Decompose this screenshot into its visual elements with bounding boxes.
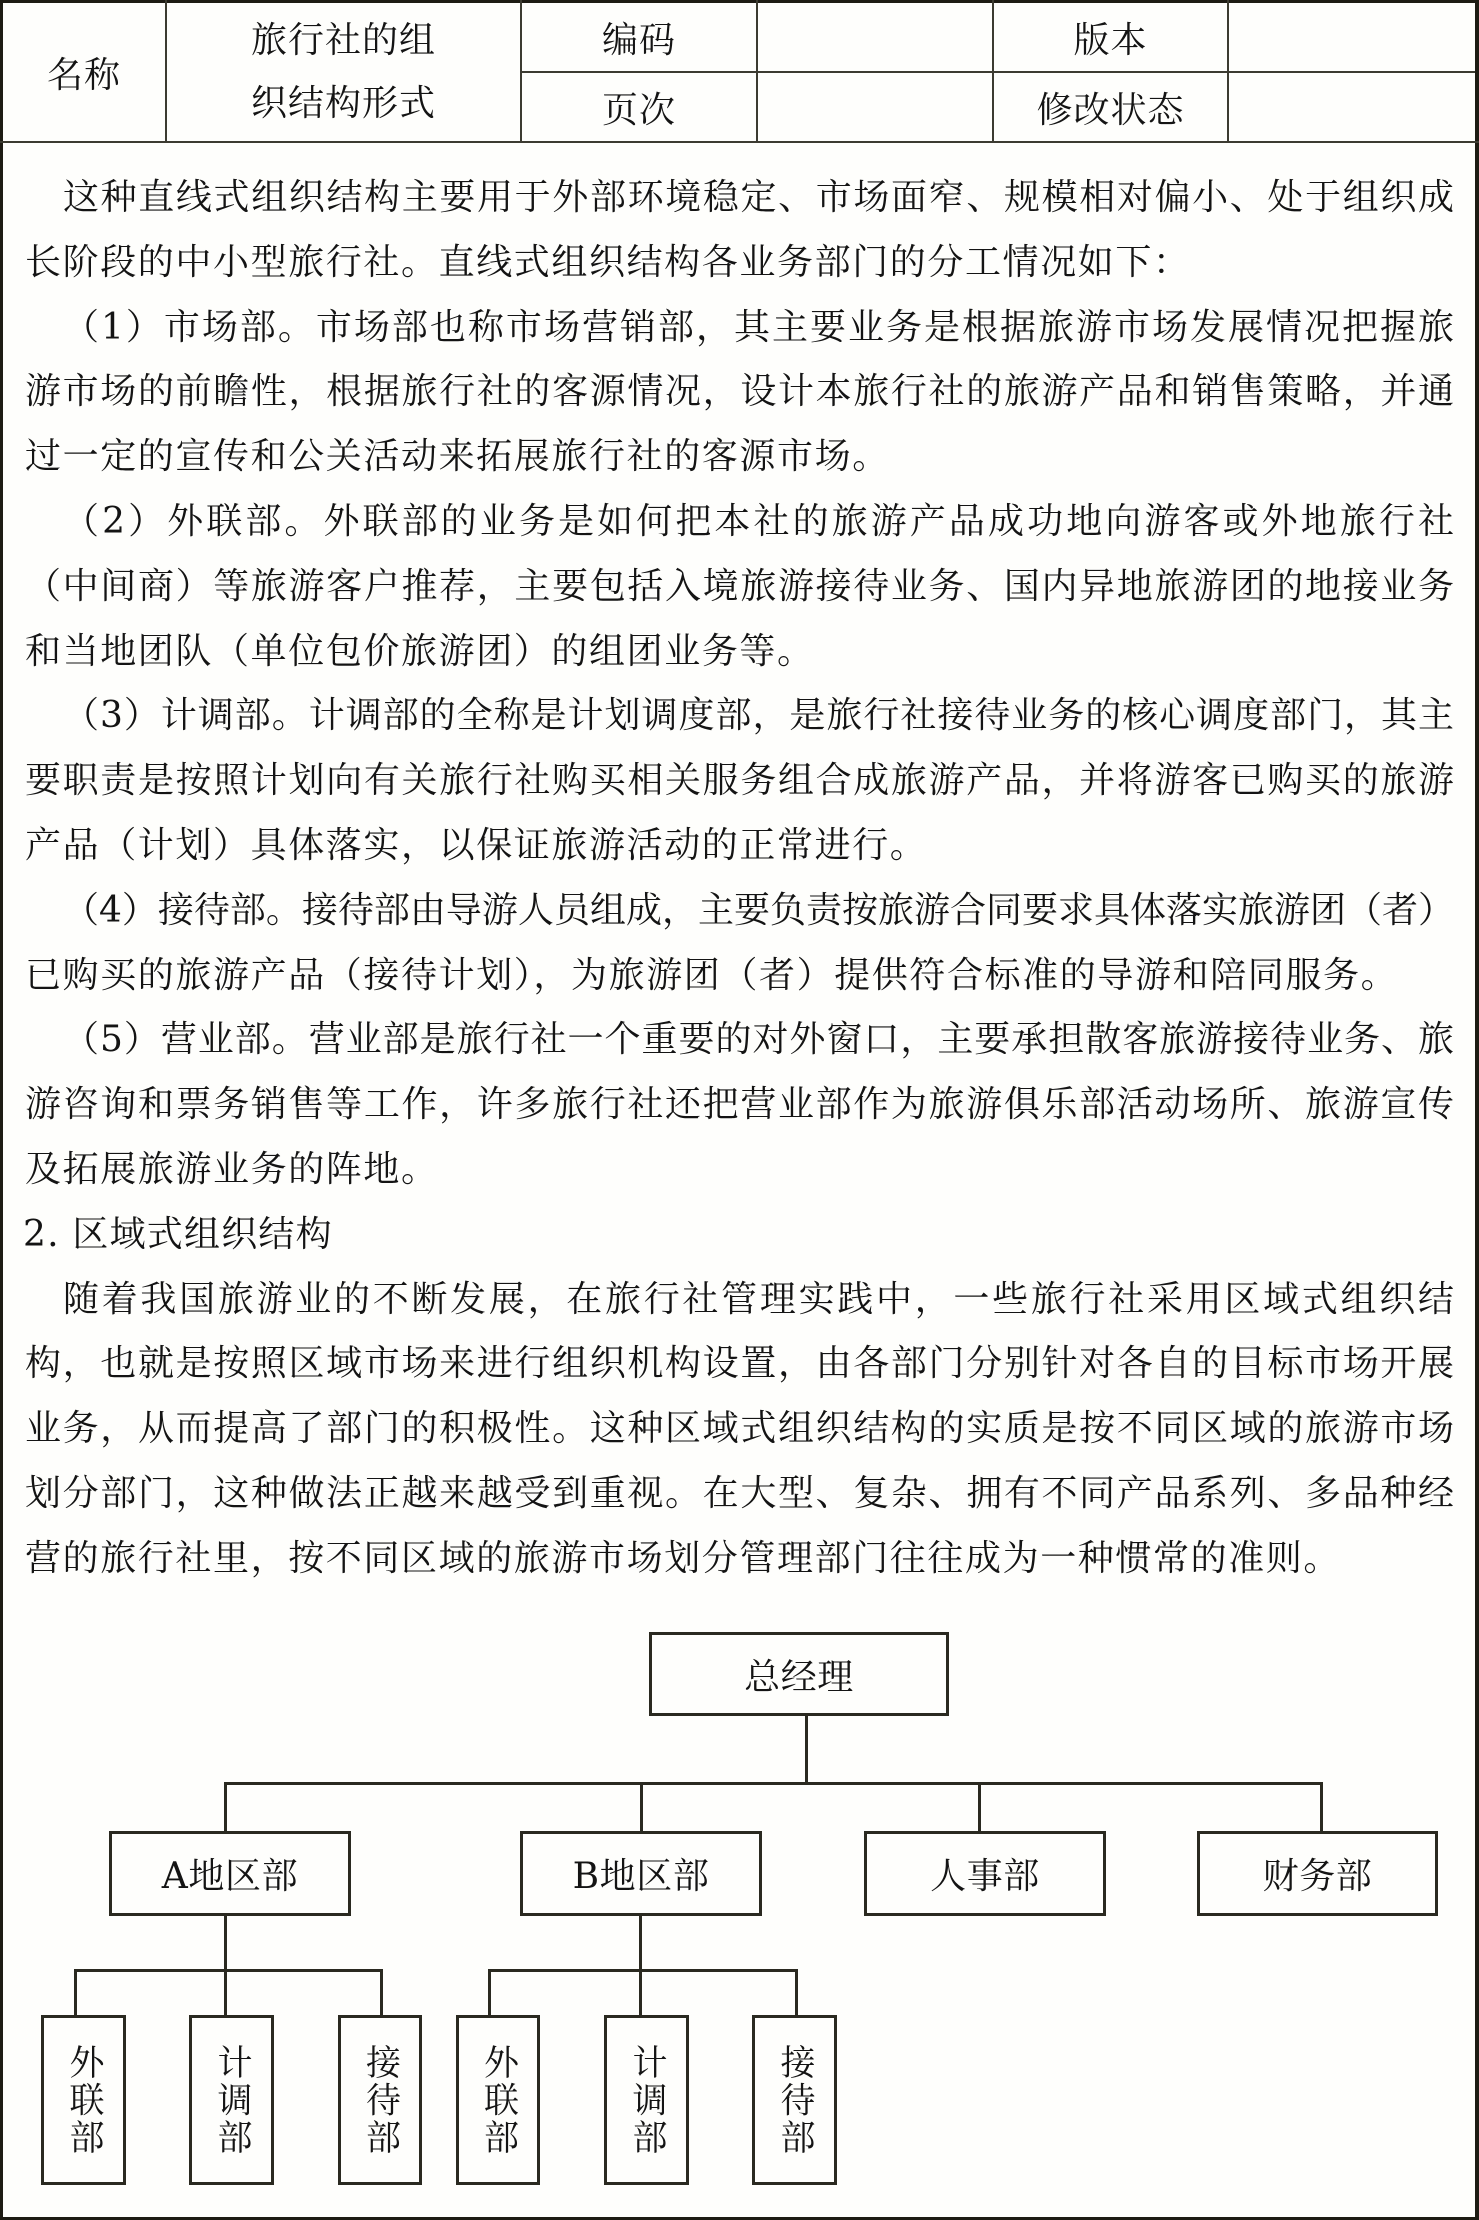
revision-label-cell: 修改状态 — [994, 73, 1227, 141]
org-node-region-a: A地区部 — [109, 1831, 351, 1916]
page-label: 页次 — [602, 82, 676, 133]
org-node-label: 接待部 — [777, 2044, 812, 2157]
connector-line — [805, 1716, 808, 1784]
code-label-cell: 编码 — [522, 3, 756, 71]
paragraph-reception-dept: （4）接待部。接待部由导游人员组成，主要负责按旅游合同要求具体落实旅游团（者） … — [25, 879, 1454, 1009]
text-line: 已购买的旅游产品（接待计划），为旅游团（者）提供符合标准的导游和陪同服务。 — [25, 944, 1454, 1009]
org-node-hr: 人事部 — [864, 1831, 1106, 1916]
text-line: 产品（计划）具体落实，以保证旅游活动的正常进行。 — [25, 814, 1454, 879]
org-node-finance: 财务部 — [1197, 1831, 1438, 1916]
version-value-cell — [1229, 3, 1475, 71]
text-line: 随着我国旅游业的不断发展，在旅行社管理实践中，一些旅行社采用区域式组织结 — [25, 1268, 1454, 1333]
org-node-a-liaison: 外联部 — [41, 2015, 126, 2185]
org-node-b-reception: 接待部 — [752, 2015, 837, 2185]
name-label-cell: 名称 — [3, 3, 165, 141]
org-node-label: 接待部 — [363, 2044, 398, 2157]
connector-line — [488, 1969, 798, 1972]
text-line: 过一定的宣传和公关活动来拓展旅行社的客源市场。 — [25, 425, 1454, 490]
text-line: （4）接待部。接待部由导游人员组成，主要负责按旅游合同要求具体落实旅游团（者） — [25, 879, 1454, 944]
revision-label: 修改状态 — [1036, 82, 1184, 133]
connector-line — [978, 1782, 981, 1832]
connector-line — [74, 1969, 77, 2016]
org-node-a-planning: 计调部 — [189, 2015, 274, 2185]
page-value-cell — [758, 73, 992, 141]
text-line: （中间商）等旅游客户推荐，主要包括入境旅游接待业务、国内异地旅游团的地接业务 — [25, 555, 1454, 620]
connector-line — [640, 1782, 643, 1832]
org-node-label: 财务部 — [1263, 1848, 1373, 1899]
paragraph-marketing-dept: （1）市场部。市场部也称市场营销部，其主要业务是根据旅游市场发展情况把握旅 游市… — [25, 296, 1454, 490]
org-node-label: 外联部 — [66, 2044, 101, 2157]
text-line: 业务，从而提高了部门的积极性。这种区域式组织结构的实质是按不同区域的旅游市场 — [25, 1397, 1454, 1462]
text-line: 长阶段的中小型旅行社。直线式组织结构各业务部门的分工情况如下： — [25, 231, 1454, 296]
paragraph-regional-structure: 随着我国旅游业的不断发展，在旅行社管理实践中，一些旅行社采用区域式组织结 构，也… — [25, 1268, 1454, 1592]
version-label-cell: 版本 — [994, 3, 1227, 71]
paragraph-planning-dept: （3）计调部。计调部的全称是计划调度部，是旅行社接待业务的核心调度部门，其主 要… — [25, 684, 1454, 878]
text-line: （3）计调部。计调部的全称是计划调度部，是旅行社接待业务的核心调度部门，其主 — [25, 684, 1454, 749]
revision-value-cell — [1229, 73, 1475, 141]
page-label-cell: 页次 — [522, 73, 756, 141]
paragraph-business-dept: （5）营业部。营业部是旅行社一个重要的对外窗口，主要承担散客旅游接待业务、旅 游… — [25, 1008, 1454, 1202]
code-label: 编码 — [602, 12, 676, 63]
connector-line — [795, 1969, 798, 2016]
text-line: 和当地团队（单位包价旅游团）的组团业务等。 — [25, 620, 1454, 685]
org-node-region-b: B地区部 — [520, 1831, 762, 1916]
org-node-b-planning: 计调部 — [604, 2015, 689, 2185]
version-label: 版本 — [1073, 12, 1147, 63]
connector-line — [224, 1782, 1323, 1785]
org-node-label: A地区部 — [162, 1848, 298, 1899]
org-node-label: 人事部 — [930, 1848, 1040, 1899]
text-line: 构，也就是按照区域市场来进行组织机构设置，由各部门分别针对各自的目标市场开展 — [25, 1332, 1454, 1397]
org-node-label: 计调部 — [214, 2044, 249, 2157]
paragraph-liaison-dept: （2）外联部。外联部的业务是如何把本社的旅游产品成功地向游客或外地旅行社 （中间… — [25, 490, 1454, 684]
table-bottom-border — [0, 141, 1479, 143]
document-body: 这种直线式组织结构主要用于外部环境稳定、市场面窄、规模相对偏小、处于组织成 长阶… — [25, 166, 1454, 1592]
text-line: 这种直线式组织结构主要用于外部环境稳定、市场面窄、规模相对偏小、处于组织成 — [25, 166, 1454, 231]
connector-line — [224, 1969, 227, 2016]
text-line: 及拓展旅游业务的阵地。 — [25, 1138, 1454, 1203]
connector-line — [224, 1782, 227, 1832]
org-node-label: 总经理 — [744, 1649, 854, 1700]
connector-line — [639, 1914, 642, 1971]
name-value-line: 旅行社的组 — [251, 9, 436, 72]
org-node-b-liaison: 外联部 — [456, 2015, 540, 2185]
name-label: 名称 — [47, 47, 121, 98]
text-line: 要职责是按照计划向有关旅行社购买相关服务组合成旅游产品，并将游客已购买的旅游 — [25, 749, 1454, 814]
code-value-cell — [758, 3, 992, 71]
text-line: （5）营业部。营业部是旅行社一个重要的对外窗口，主要承担散客旅游接待业务、旅 — [25, 1008, 1454, 1073]
connector-line — [488, 1969, 491, 2016]
text-line: 营的旅行社里，按不同区域的旅游市场划分管理部门往往成为一种惯常的准则。 — [25, 1527, 1454, 1592]
connector-line — [639, 1969, 642, 2016]
org-node-label: B地区部 — [573, 1848, 710, 1899]
page-border-left — [0, 0, 3, 2220]
text-line: 游咨询和票务销售等工作，许多旅行社还把营业部作为旅游俱乐部活动场所、旅游宣传 — [25, 1073, 1454, 1138]
name-value-cell: 旅行社的组 织结构形式 — [167, 3, 520, 141]
org-node-a-reception: 接待部 — [338, 2015, 422, 2185]
text-line: 划分部门，这种做法正越来越受到重视。在大型、复杂、拥有不同产品系列、多品种经 — [25, 1462, 1454, 1527]
section-heading: 2. 区域式组织结构 — [23, 1203, 1454, 1268]
connector-line — [1320, 1782, 1323, 1832]
org-node-general-manager: 总经理 — [649, 1632, 949, 1716]
text-line: （2）外联部。外联部的业务是如何把本社的旅游产品成功地向游客或外地旅行社 — [25, 490, 1454, 555]
org-node-label: 计调部 — [629, 2044, 664, 2157]
text-line: 游市场的前瞻性，根据旅行社的客源情况，设计本旅行社的旅游产品和销售策略，并通 — [25, 360, 1454, 425]
org-node-label: 外联部 — [481, 2044, 516, 2157]
paragraph-intro: 这种直线式组织结构主要用于外部环境稳定、市场面窄、规模相对偏小、处于组织成 长阶… — [25, 166, 1454, 296]
connector-line — [74, 1969, 383, 1972]
connector-line — [224, 1914, 227, 1971]
connector-line — [380, 1969, 383, 2016]
page-border-right — [1475, 0, 1479, 2220]
name-value-line: 织结构形式 — [251, 72, 436, 135]
text-line: （1）市场部。市场部也称市场营销部，其主要业务是根据旅游市场发展情况把握旅 — [25, 296, 1454, 361]
